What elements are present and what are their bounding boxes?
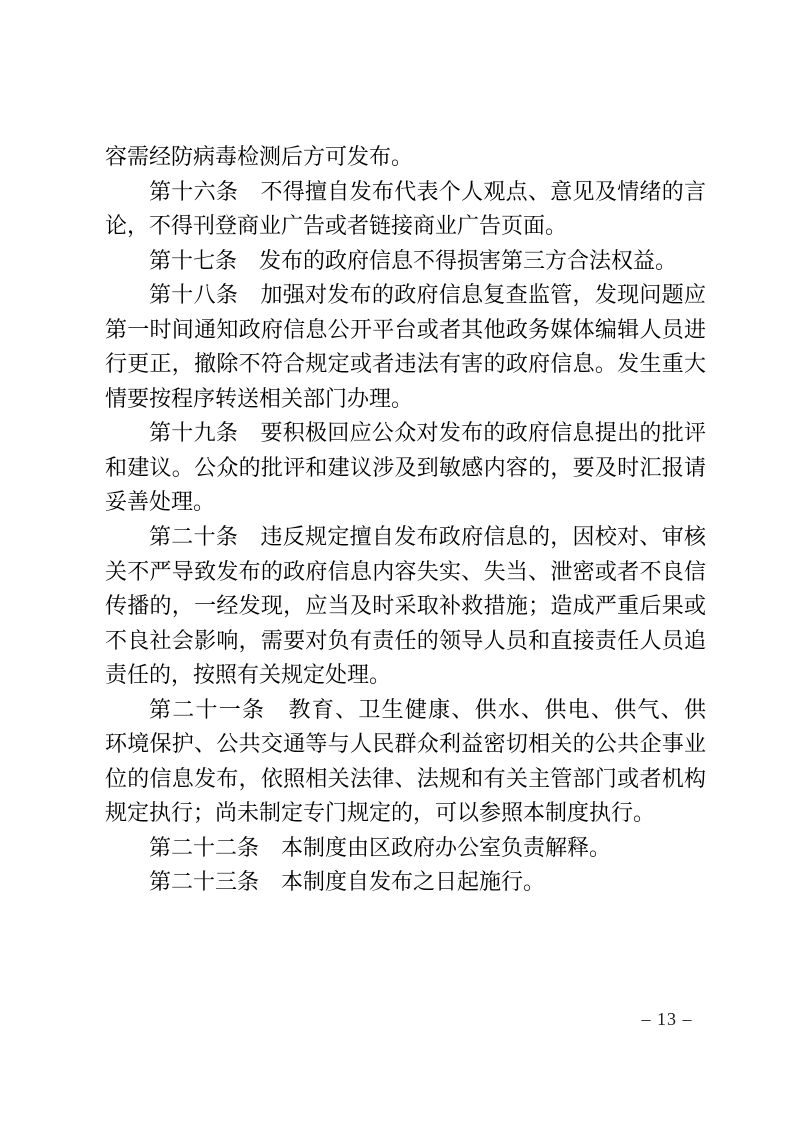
text-line: 责任的，按照有关规定处理。 <box>105 658 706 693</box>
text-line: 第十九条 要积极回应公众对发布的政府信息提出的批评 <box>105 416 706 451</box>
text-line: 第二十二条 本制度由区政府办公室负责解释。 <box>105 831 706 866</box>
text-line: 容需经防病毒检测后方可发布。 <box>105 140 706 175</box>
text-line: 位的信息发布，依照相关法律、法规和有关主管部门或者机构的 <box>105 762 706 797</box>
text-line: 规定执行；尚未制定专门规定的，可以参照本制度执行。 <box>105 796 706 831</box>
text-line: 第二十三条 本制度自发布之日起施行。 <box>105 865 706 900</box>
text-line: 第十六条 不得擅自发布代表个人观点、意见及情绪的言 <box>105 175 706 210</box>
page-number: – 13 – <box>612 1007 722 1031</box>
text-line: 妥善处理。 <box>105 485 706 520</box>
text-line: 和建议。公众的批评和建议涉及到敏感内容的，要及时汇报请示， <box>105 451 706 486</box>
document-body: 容需经防病毒检测后方可发布。第十六条 不得擅自发布代表个人观点、意见及情绪的言论… <box>105 140 706 900</box>
text-line: 环境保护、公共交通等与人民群众利益密切相关的公共企事业单 <box>105 727 706 762</box>
text-line: 第十七条 发布的政府信息不得损害第三方合法权益。 <box>105 244 706 279</box>
text-line: 第二十条 违反规定擅自发布政府信息的，因校对、审核把 <box>105 520 706 555</box>
document-page: 容需经防病毒检测后方可发布。第十六条 不得擅自发布代表个人观点、意见及情绪的言论… <box>0 0 793 1122</box>
text-line: 第一时间通知政府信息公开平台或者其他政务媒体编辑人员进 <box>105 313 706 348</box>
text-line: 第二十一条 教育、卫生健康、供水、供电、供气、供热、 <box>105 693 706 728</box>
text-line: 情要按程序转送相关部门办理。 <box>105 382 706 417</box>
text-line: 不良社会影响，需要对负有责任的领导人员和直接责任人员追究 <box>105 624 706 659</box>
text-line: 传播的，一经发现，应当及时采取补救措施；造成严重后果或者 <box>105 589 706 624</box>
text-line: 第十八条 加强对发布的政府信息复查监管，发现问题应当 <box>105 278 706 313</box>
text-line: 关不严导致发布的政府信息内容失实、失当、泄密或者不良信息 <box>105 555 706 590</box>
text-line: 行更正，撤除不符合规定或者违法有害的政府信息。发生重大舆 <box>105 347 706 382</box>
text-line: 论，不得刊登商业广告或者链接商业广告页面。 <box>105 209 706 244</box>
